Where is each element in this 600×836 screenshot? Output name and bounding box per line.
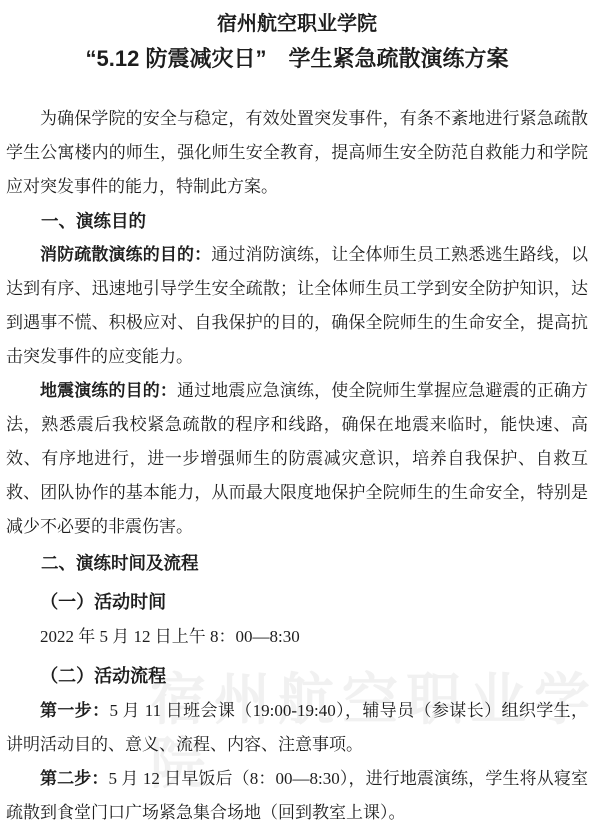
step2-lead: 第二步：: [40, 769, 108, 788]
document-page: 宿州航空职业学院 宿州航空职业学院 “5.12 防震减灾日” 学生紧急疏散演练方…: [0, 0, 600, 836]
intro-paragraph: 为确保学院的安全与稳定，有效处置突发事件，有条不紊地进行紧急疏散学生公寓楼内的师…: [6, 102, 588, 204]
quake-drill-purpose-paragraph: 地震演练的目的：通过地震应急演练，使全院师生掌握应急避震的正确方法，熟悉震后我校…: [6, 374, 588, 544]
page-subtitle: “5.12 防震减灾日” 学生紧急疏散演练方案: [6, 44, 588, 74]
page-title: 宿州航空职业学院: [6, 10, 588, 38]
subheading-activity-flow: （二）活动流程: [6, 658, 588, 694]
quake-drill-purpose-text: 通过地震应急演练，使全院师生掌握应急避震的正确方法，熟悉震后我校紧急疏散的程序和…: [6, 381, 588, 536]
step2-paragraph: 第二步：5 月 12 日早饭后（8：00—8:30），进行地震演练，学生将从寝室…: [6, 762, 588, 830]
section-heading-purpose: 一、演练目的: [6, 204, 588, 238]
document-content: 宿州航空职业学院 “5.12 防震减灾日” 学生紧急疏散演练方案 为确保学院的安…: [6, 10, 588, 830]
activity-time-value: 2022 年 5 月 12 日上午 8：00—8:30: [6, 620, 588, 654]
section-heading-schedule: 二、演练时间及流程: [6, 546, 588, 580]
fire-drill-purpose-paragraph: 消防疏散演练的目的：通过消防演练，让全体师生员工熟悉逃生路线，以达到有序、迅速地…: [6, 238, 588, 374]
step1-paragraph: 第一步：5 月 11 日班会课（19:00-19:40），辅导员（参谋长）组织学…: [6, 694, 588, 762]
fire-drill-purpose-lead: 消防疏散演练的目的：: [40, 245, 211, 264]
quake-drill-purpose-lead: 地震演练的目的：: [40, 381, 177, 400]
step1-lead: 第一步：: [40, 701, 110, 720]
subheading-activity-time: （一）活动时间: [6, 584, 588, 620]
